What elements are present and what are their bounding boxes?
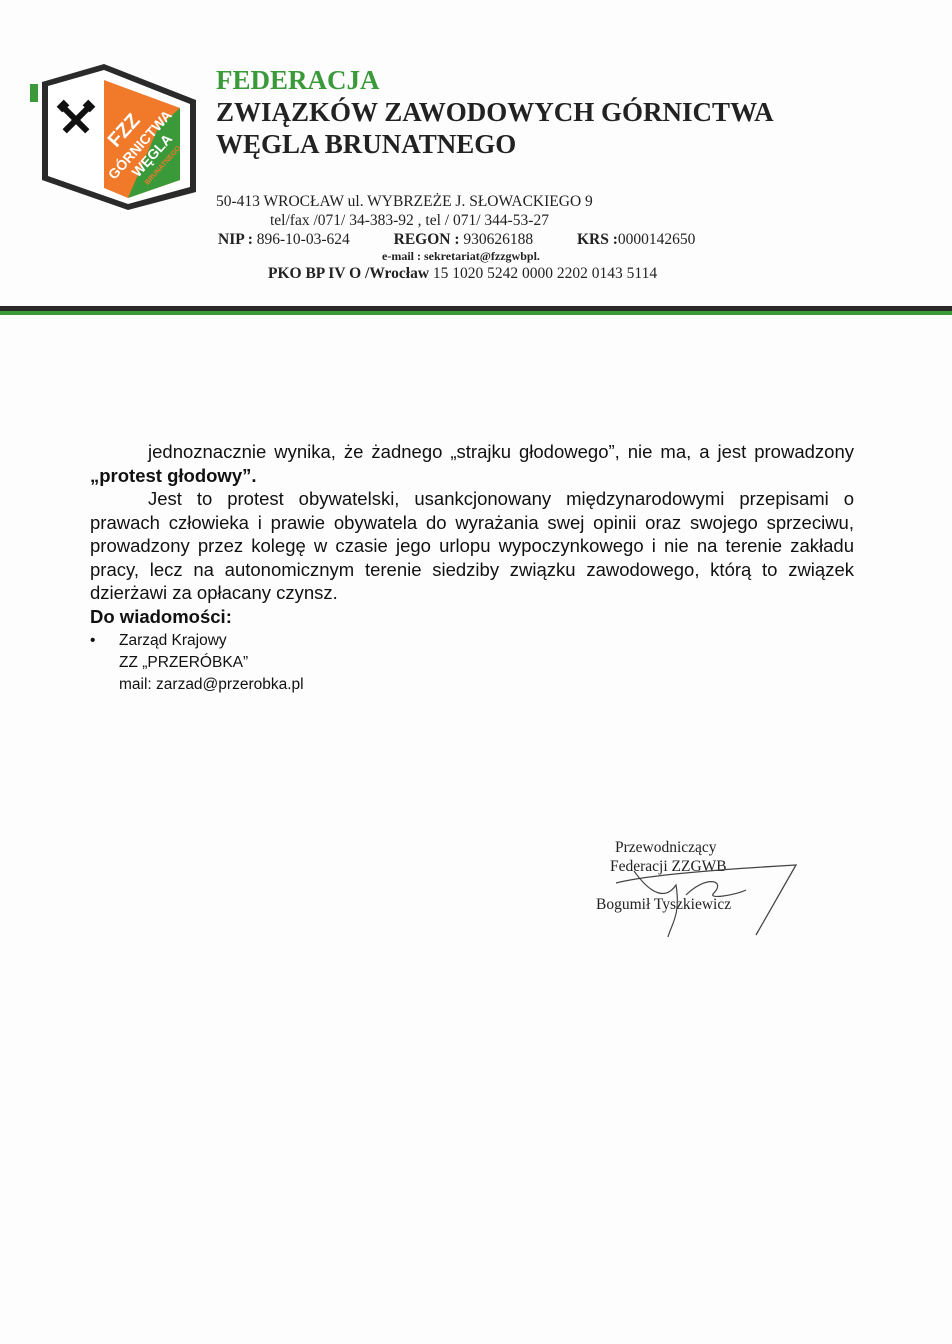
org-name-line3: WĘGLA BRUNATNEGO bbox=[216, 128, 774, 160]
bank-label: PKO BP IV O /Wrocław bbox=[268, 265, 429, 282]
org-name-line2: ZWIĄZKÓW ZAWODOWYCH GÓRNICTWA bbox=[216, 96, 774, 128]
cc-item: ZZ „PRZERÓBKA” bbox=[90, 652, 854, 674]
logo-emblem-icon: FZZ GÓRNICTWA WĘGLA BRUNATNEGO bbox=[28, 62, 198, 212]
paragraph-1: jednoznacznie wynika, że żadnego „strajk… bbox=[90, 440, 854, 487]
cc-list: •Zarząd Krajowy ZZ „PRZERÓBKA” mail: zar… bbox=[90, 630, 854, 696]
bank-account-number: 15 1020 5242 0000 2202 0143 5114 bbox=[433, 265, 657, 282]
nip-value: 896-10-03-624 bbox=[257, 231, 350, 248]
phone: tel/fax /071/ 34-383-92 , tel / 071/ 344… bbox=[270, 211, 736, 230]
email: e-mail : sekretariat@fzzgwbpl. bbox=[382, 249, 736, 264]
letter-body: jednoznacznie wynika, że żadnego „strajk… bbox=[90, 440, 854, 696]
federation-logo: FZZ GÓRNICTWA WĘGLA BRUNATNEGO bbox=[28, 62, 198, 212]
org-name-line1: FEDERACJA bbox=[216, 64, 774, 96]
contact-block: 50-413 WROCŁAW ul. WYBRZEŻE J. SŁOWACKIE… bbox=[216, 192, 736, 283]
bullet-icon: • bbox=[90, 630, 119, 652]
header-rule-green bbox=[0, 311, 952, 315]
protest-emphasis: „protest głodowy”. bbox=[90, 465, 257, 486]
cc-heading: Do wiadomości: bbox=[90, 605, 854, 629]
paragraph-2: Jest to protest obywatelski, usankcjonow… bbox=[90, 487, 854, 605]
bank-account: PKO BP IV O /Wrocław 15 1020 5242 0000 2… bbox=[268, 264, 736, 283]
cc-item-email: mail: zarzad@przerobka.pl bbox=[90, 674, 854, 696]
registry-numbers: NIP : 896-10-03-624 REGON : 930626188 KR… bbox=[218, 230, 736, 249]
krs-value: 0000142650 bbox=[618, 231, 696, 248]
cc-item: •Zarząd Krajowy bbox=[90, 630, 854, 652]
organization-name: FEDERACJA ZWIĄZKÓW ZAWODOWYCH GÓRNICTWA … bbox=[216, 64, 774, 160]
regon-value: 930626188 bbox=[463, 231, 533, 248]
address: 50-413 WROCŁAW ul. WYBRZEŻE J. SŁOWACKIE… bbox=[216, 192, 736, 211]
handwritten-signature-icon bbox=[606, 855, 806, 940]
